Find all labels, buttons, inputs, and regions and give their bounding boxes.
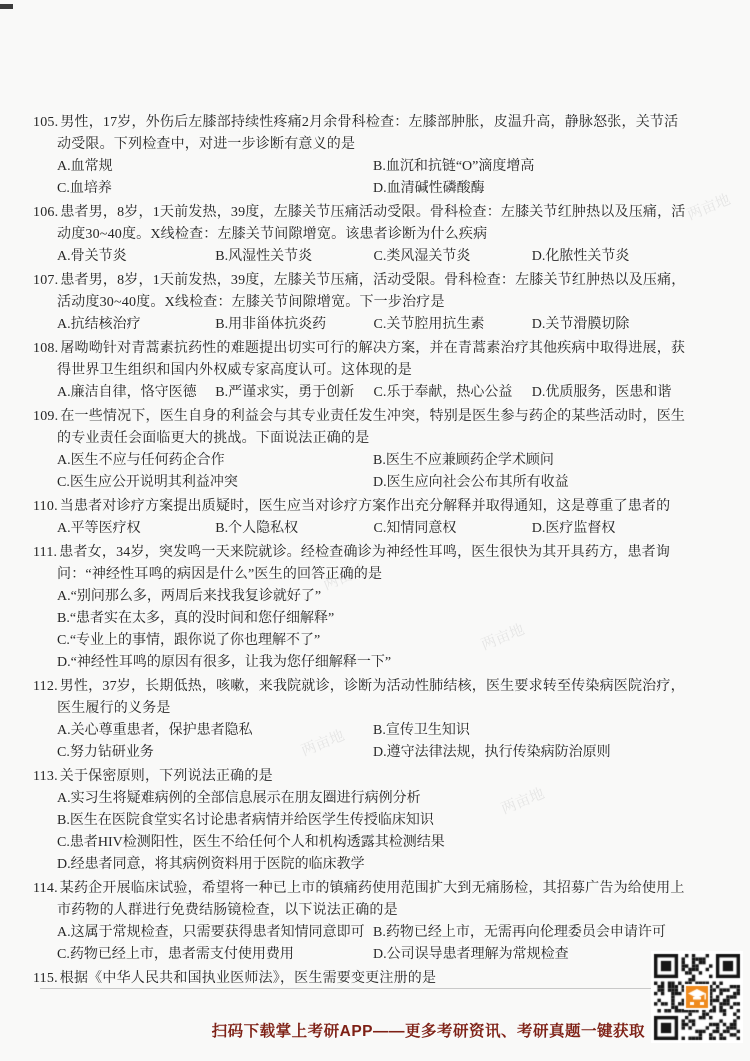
option: C.患者HIV检测阳性，医生不给任何个人和机构透露其检测结果 xyxy=(57,832,690,854)
question-list: 105.男性，17岁，外伤后左膝部持续性疼痛2月余骨科检查：左膝部肿胀，皮温升高… xyxy=(33,112,690,992)
question-stem-text: 在一些情况下，医生自身的利益会与其专业责任发生冲突，特别是医生参与药企的某些活动… xyxy=(57,409,685,446)
option: C.医生应公开说明其利益冲突 xyxy=(57,472,373,494)
option: C.知情同意权 xyxy=(374,518,532,540)
option: B.医生不应兼顾药企学术顾问 xyxy=(373,450,690,472)
footer-divider xyxy=(40,988,652,989)
option: D.血清碱性磷酸酶 xyxy=(373,178,690,200)
scan-artifact-dash xyxy=(0,4,13,9)
option-group: A.平等医疗权B.个人隐私权C.知情同意权D.医疗监督权 xyxy=(33,518,690,540)
question: 110.当患者对诊疗方案提出质疑时，医生应当对诊疗方案作出充分解释并取得通知，这… xyxy=(33,496,690,540)
question-number: 112. xyxy=(33,679,58,694)
question-number: 109. xyxy=(33,409,58,424)
option: A.平等医疗权 xyxy=(57,518,215,540)
option: A.廉洁自律，恪守医德 xyxy=(57,382,215,404)
question-stem: 112.男性，37岁，长期低热，咳嗽，来我院就诊，诊断为活动性肺结核，医生要求转… xyxy=(33,676,690,720)
question: 108.屠呦呦针对青蒿素抗药性的难题提出切实可行的解决方案，并在青蒿素治疗其他疾… xyxy=(33,338,690,404)
option: B.严谨求实，勇于创新 xyxy=(215,382,373,404)
question-stem: 111.患者女，34岁，突发鸣一天来院就诊。经检查确诊为神经性耳鸣，医生很快为其… xyxy=(33,542,690,586)
question-stem-text: 患者女，34岁，突发鸣一天来院就诊。经检查确诊为神经性耳鸣，医生很快为其开具药方… xyxy=(57,545,670,582)
question-stem: 108.屠呦呦针对青蒿素抗药性的难题提出切实可行的解决方案，并在青蒿素治疗其他疾… xyxy=(33,338,690,382)
option: C.“专业上的事情，跟你说了你也理解不了” xyxy=(57,630,690,652)
question-stem: 113.关于保密原则，下列说法正确的是 xyxy=(33,766,690,788)
option: A.“别问那么多，两周后来找我复诊就好了” xyxy=(57,586,690,608)
question: 112.男性，37岁，长期低热，咳嗽，来我院就诊，诊断为活动性肺结核，医生要求转… xyxy=(33,676,690,764)
question-stem-text: 某药企开展临床试验，希望将一种已上市的镇痛药使用范围扩大到无痛肠检，其招募广告为… xyxy=(57,881,685,918)
option: D.“神经性耳鸣的原因有很多，让我为您仔细解释一下” xyxy=(57,652,690,674)
option: B.用非甾体抗炎药 xyxy=(215,314,373,336)
question-stem-text: 男性，17岁，外伤后左膝部持续性疼痛2月余骨科检查：左膝部肿胀，皮温升高，静脉怒… xyxy=(57,115,678,152)
option-group: A.这属于常规检查，只需要获得患者知情同意即可B.药物已经上市，无需再向伦理委员… xyxy=(33,922,690,966)
option: B.“患者实在太多，真的没时间和您仔细解释” xyxy=(57,608,690,630)
question-stem-text: 当患者对诊疗方案提出质疑时，医生应当对诊疗方案作出充分解释并取得通知，这是尊重了… xyxy=(60,499,671,514)
question-stem: 110.当患者对诊疗方案提出质疑时，医生应当对诊疗方案作出充分解释并取得通知，这… xyxy=(33,496,690,518)
option: A.血常规 xyxy=(57,156,373,178)
option: A.骨关节炎 xyxy=(57,246,215,268)
option: C.药物已经上市，患者需支付使用费用 xyxy=(57,944,373,966)
option: A.这属于常规检查，只需要获得患者知情同意即可 xyxy=(57,922,373,944)
question: 115.根据《中华人民共和国执业医师法》，医生需要变更注册的是 xyxy=(33,968,690,990)
question-number: 106. xyxy=(33,205,58,220)
question: 109.在一些情况下，医生自身的利益会与其专业责任发生冲突，特别是医生参与药企的… xyxy=(33,406,690,494)
question-stem-text: 屠呦呦针对青蒿素抗药性的难题提出切实可行的解决方案，并在青蒿素治疗其他疾病中取得… xyxy=(57,341,685,378)
option-group: A.关心尊重患者，保护患者隐私B.宣传卫生知识C.努力钻研业务D.遵守法律法规，… xyxy=(33,720,690,764)
option: A.关心尊重患者，保护患者隐私 xyxy=(57,720,373,742)
question-stem-text: 根据《中华人民共和国执业医师法》，医生需要变更注册的是 xyxy=(60,971,436,986)
question-stem-text: 男性，37岁，长期低热，咳嗽，来我院就诊，诊断为活动性肺结核，医生要求转至传染病… xyxy=(57,679,685,716)
option: B.药物已经上市，无需再向伦理委员会申请许可 xyxy=(373,922,690,944)
question-number: 115. xyxy=(33,971,58,986)
option-group: A.廉洁自律，恪守医德B.严谨求实，勇于创新C.乐于奉献，热心公益D.优质服务，… xyxy=(33,382,690,404)
watermark-text: 两亩地 xyxy=(684,188,734,224)
question: 107.患者男，8岁，1天前发热，39度，左膝关节压痛，活动受限。骨科检查：左膝… xyxy=(33,270,690,336)
question-number: 108. xyxy=(33,341,58,356)
question-stem: 105.男性，17岁，外伤后左膝部持续性疼痛2月余骨科检查：左膝部肿胀，皮温升高… xyxy=(33,112,690,156)
qr-code xyxy=(651,951,743,1043)
option: B.血沉和抗链“O”滴度增高 xyxy=(373,156,690,178)
option: A.抗结核治疗 xyxy=(57,314,215,336)
option: D.公司误导患者理解为常规检查 xyxy=(373,944,690,966)
question: 105.男性，17岁，外伤后左膝部持续性疼痛2月余骨科检查：左膝部肿胀，皮温升高… xyxy=(33,112,690,200)
option: D.优质服务，医患和谐 xyxy=(532,382,690,404)
option: D.医疗监督权 xyxy=(532,518,690,540)
option: B.风湿性关节炎 xyxy=(215,246,373,268)
question-stem: 107.患者男，8岁，1天前发热，39度，左膝关节压痛，活动受限。骨科检查：左膝… xyxy=(33,270,690,314)
option-group: A.血常规B.血沉和抗链“O”滴度增高C.血培养D.血清碱性磷酸酶 xyxy=(33,156,690,200)
question-stem: 106.患者男，8岁，1天前发热，39度，左膝关节压痛活动受限。骨科检查：左膝关… xyxy=(33,202,690,246)
question: 113.关于保密原则，下列说法正确的是A.实习生将疑难病例的全部信息展示在朋友圈… xyxy=(33,766,690,876)
footer-promo-text: 扫码下载掌上考研APP——更多考研资讯、考研真题一键获取 xyxy=(212,1019,645,1041)
question: 114.某药企开展临床试验，希望将一种已上市的镇痛药使用范围扩大到无痛肠检，其招… xyxy=(33,878,690,966)
question: 106.患者男，8岁，1天前发热，39度，左膝关节压痛活动受限。骨科检查：左膝关… xyxy=(33,202,690,268)
question: 111.患者女，34岁，突发鸣一天来院就诊。经检查确诊为神经性耳鸣，医生很快为其… xyxy=(33,542,690,674)
question-stem: 115.根据《中华人民共和国执业医师法》，医生需要变更注册的是 xyxy=(33,968,690,990)
option: C.关节腔用抗生素 xyxy=(374,314,532,336)
option-group: A.抗结核治疗B.用非甾体抗炎药C.关节腔用抗生素D.关节滑膜切除 xyxy=(33,314,690,336)
option-group: A.医生不应与任何药企合作B.医生不应兼顾药企学术顾问C.医生应公开说明其利益冲… xyxy=(33,450,690,494)
option: A.医生不应与任何药企合作 xyxy=(57,450,373,472)
question-number: 107. xyxy=(33,273,58,288)
question-stem-text: 患者男，8岁，1天前发热，39度，左膝关节压痛，活动受限。骨科检查：左膝关节红肿… xyxy=(57,273,686,310)
question-number: 113. xyxy=(33,769,58,784)
option: D.医生应向社会公布其所有收益 xyxy=(373,472,690,494)
option: B.宣传卫生知识 xyxy=(373,720,690,742)
question-stem-text: 患者男，8岁，1天前发热，39度，左膝关节压痛活动受限。骨科检查：左膝关节红肿热… xyxy=(57,205,686,242)
qr-code-canvas xyxy=(651,951,743,1043)
option: C.类风湿关节炎 xyxy=(374,246,532,268)
option: A.实习生将疑难病例的全部信息展示在朋友圈进行病例分析 xyxy=(57,788,690,810)
option: D.经患者同意，将其病例资料用于医院的临床教学 xyxy=(57,854,690,876)
option: C.血培养 xyxy=(57,178,373,200)
option-group: A.骨关节炎B.风湿性关节炎C.类风湿关节炎D.化脓性关节炎 xyxy=(33,246,690,268)
question-number: 111. xyxy=(33,545,57,560)
question-stem: 114.某药企开展临床试验，希望将一种已上市的镇痛药使用范围扩大到无痛肠检，其招… xyxy=(33,878,690,922)
option-group: A.实习生将疑难病例的全部信息展示在朋友圈进行病例分析B.医生在医院食堂实名讨论… xyxy=(33,788,690,876)
question-stem-text: 关于保密原则，下列说法正确的是 xyxy=(60,769,273,784)
question-number: 105. xyxy=(33,115,58,130)
option: D.化脓性关节炎 xyxy=(532,246,690,268)
option: B.医生在医院食堂实名讨论患者病情并给医学生传授临床知识 xyxy=(57,810,690,832)
option: D.关节滑膜切除 xyxy=(532,314,690,336)
question-number: 110. xyxy=(33,499,58,514)
option: C.乐于奉献，热心公益 xyxy=(374,382,532,404)
question-stem: 109.在一些情况下，医生自身的利益会与其专业责任发生冲突，特别是医生参与药企的… xyxy=(33,406,690,450)
option: B.个人隐私权 xyxy=(215,518,373,540)
option: D.遵守法律法规，执行传染病防治原则 xyxy=(373,742,690,764)
option-group: A.“别问那么多，两周后来找我复诊就好了”B.“患者实在太多，真的没时间和您仔细… xyxy=(33,586,690,674)
question-number: 114. xyxy=(33,881,58,896)
option: C.努力钻研业务 xyxy=(57,742,373,764)
